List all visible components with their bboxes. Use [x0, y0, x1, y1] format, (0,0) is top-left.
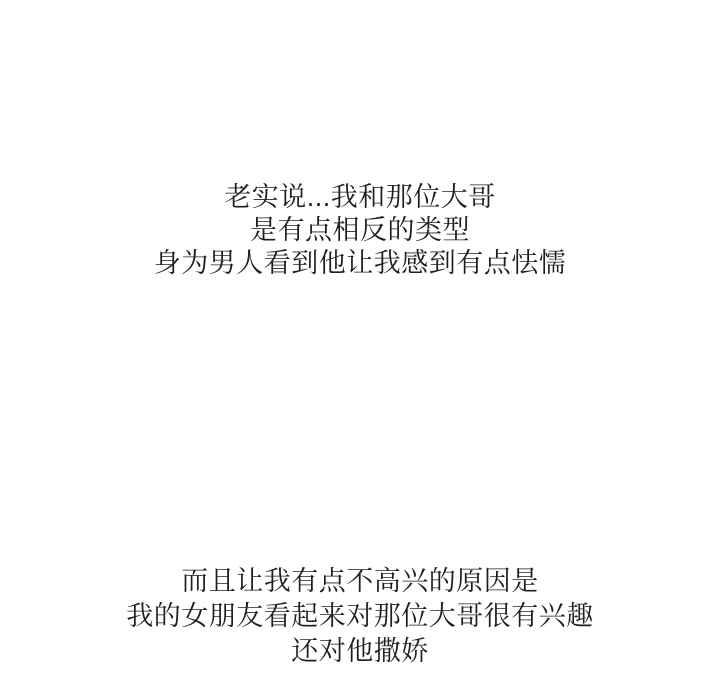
- comic-page: 老实说...我和那位大哥 是有点相反的类型 身为男人看到他让我感到有点怯懦 而且…: [0, 0, 720, 700]
- narration-block-top: 老实说...我和那位大哥 是有点相反的类型 身为男人看到他让我感到有点怯懦: [0, 181, 720, 280]
- narration-line: 老实说...我和那位大哥: [0, 181, 720, 214]
- narration-line: 而且让我有点不高兴的原因是: [0, 564, 720, 599]
- narration-line: 身为男人看到他让我感到有点怯懦: [0, 247, 720, 280]
- narration-line: 是有点相反的类型: [0, 214, 720, 247]
- narration-line: 还对他撒娇: [0, 634, 720, 669]
- narration-line: 我的女朋友看起来对那位大哥很有兴趣: [0, 599, 720, 634]
- narration-block-bottom: 而且让我有点不高兴的原因是 我的女朋友看起来对那位大哥很有兴趣 还对他撒娇: [0, 564, 720, 669]
